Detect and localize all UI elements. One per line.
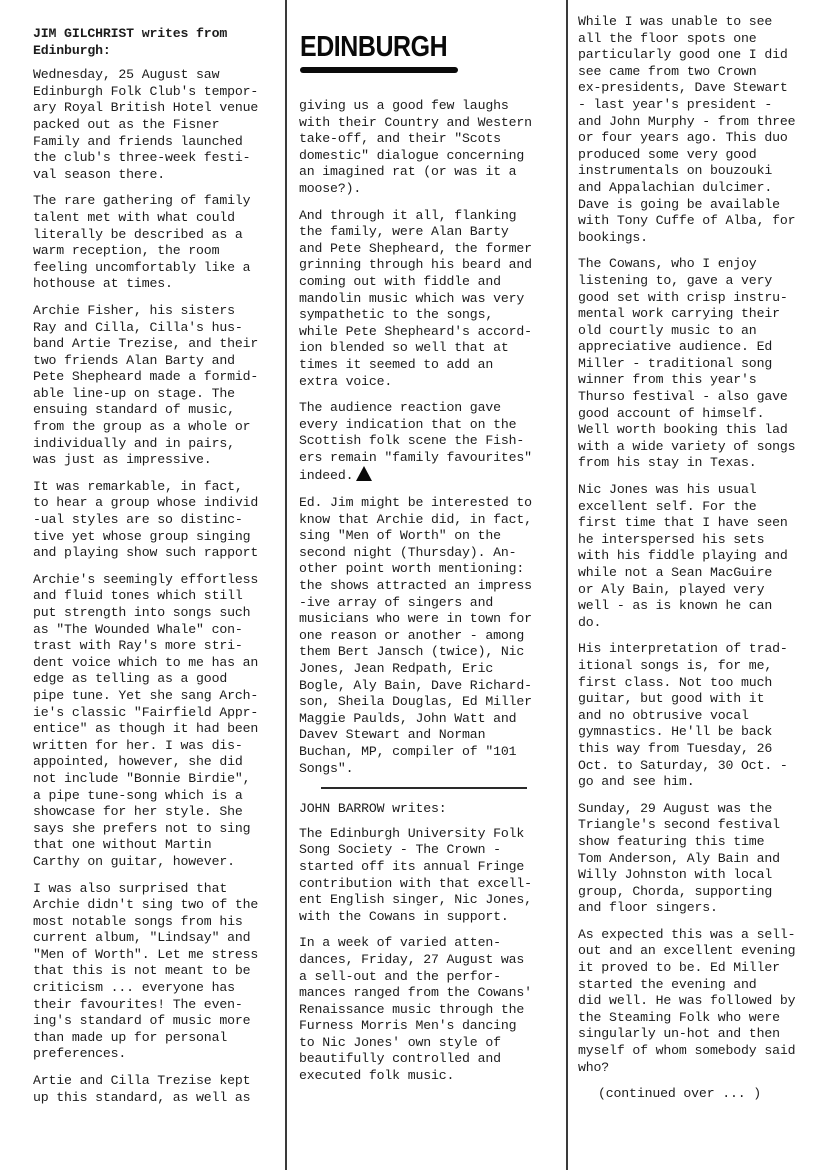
article-paragraph: Archie Fisher, his sisters Ray and Cilla… [33, 303, 283, 469]
closing-paragraph: The audience reaction gave every indicat… [299, 400, 561, 485]
continued-note: (continued over ... ) [578, 1086, 826, 1103]
article-paragraph: While I was unable to see all the floor … [578, 14, 826, 246]
article-paragraph: giving us a good few laughs with their C… [299, 98, 561, 198]
section-title: EDINBURGH [300, 32, 438, 62]
section-heading: EDINBURGH [300, 32, 460, 73]
article-paragraph: Archie's seemingly effortless and fluid … [33, 572, 283, 871]
article-paragraph: And through it all, flanking the family,… [299, 208, 561, 391]
article-paragraph: The rare gathering of family talent met … [33, 193, 283, 293]
heading-underline [300, 67, 458, 73]
article-paragraph: As expected this was a sell- out and an … [578, 927, 826, 1076]
newsletter-page: JIM GILCHRIST writes from Edinburgh: Wed… [0, 0, 828, 1170]
left-column: JIM GILCHRIST writes from Edinburgh: Wed… [33, 26, 283, 1116]
article-paragraph: Artie and Cilla Trezise kept up this sta… [33, 1073, 283, 1106]
article-paragraph: Wednesday, 25 August saw Edinburgh Folk … [33, 67, 283, 183]
byline: JIM GILCHRIST writes from Edinburgh: [33, 26, 283, 59]
middle-column: giving us a good few laughs with their C… [299, 98, 561, 1095]
editor-note: Ed. Jim might be interested to know that… [299, 495, 561, 777]
byline: JOHN BARROW writes: [299, 801, 561, 818]
right-column: While I was unable to see all the floor … [578, 14, 826, 1113]
article-paragraph: Sunday, 29 August was the Triangle's sec… [578, 801, 826, 917]
column-divider [566, 0, 568, 1170]
section-separator [321, 787, 527, 789]
article-paragraph: The Edinburgh University Folk Song Socie… [299, 826, 561, 926]
article-paragraph: Nic Jones was his usual excellent self. … [578, 482, 826, 631]
closing-text: The audience reaction gave every indicat… [299, 400, 532, 483]
end-mark-triangle-icon [356, 466, 372, 481]
article-paragraph: It was remarkable, in fact, to hear a gr… [33, 479, 283, 562]
article-paragraph: In a week of varied atten- dances, Frida… [299, 935, 561, 1084]
article-paragraph: I was also surprised that Archie didn't … [33, 881, 283, 1064]
column-divider [285, 0, 287, 1170]
article-paragraph: The Cowans, who I enjoy listening to, ga… [578, 256, 826, 472]
article-paragraph: His interpretation of trad- itional song… [578, 641, 826, 790]
